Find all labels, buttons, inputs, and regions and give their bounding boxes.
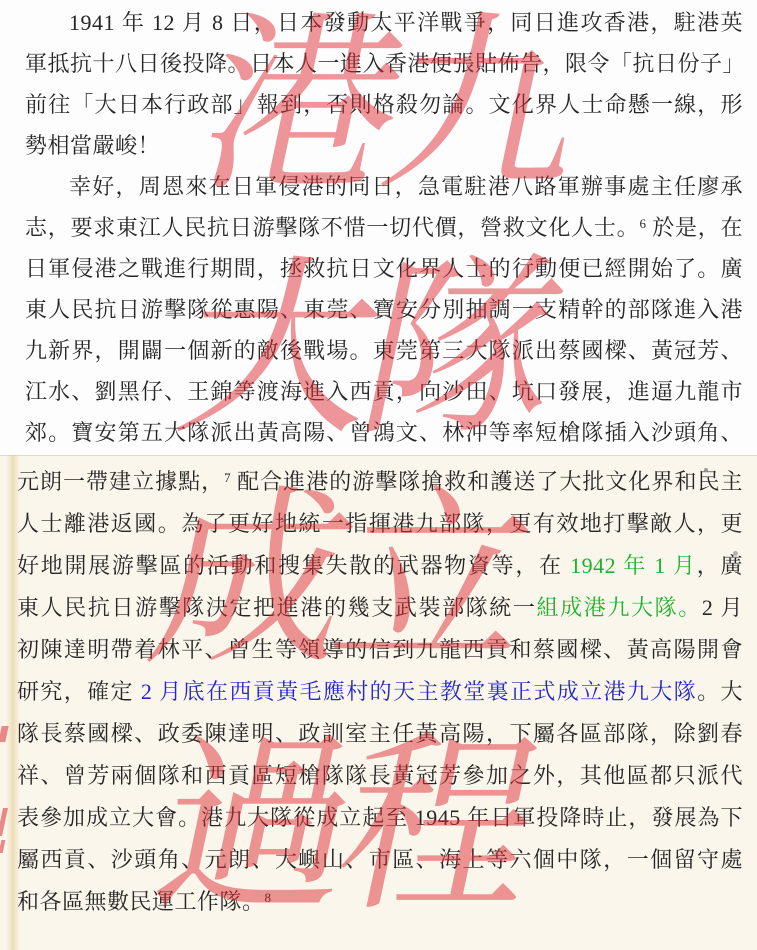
text-line: 日軍侵港之戰進行期間，拯救抗日文化界人士的行動便已經開始了。廣 bbox=[25, 248, 743, 289]
text-segment: 郊。寶安第五大隊派出黃高陽、曾鴻文、林沖等率短槍隊插入沙頭角、 bbox=[25, 420, 743, 445]
text-line: 軍抵抗十八日後投降。日本人一進入香港便張貼佈告，限令「抗日份子」 bbox=[25, 43, 743, 84]
scan-speck bbox=[704, 468, 708, 472]
text-segment: 勢相當嚴峻！ bbox=[25, 133, 160, 158]
text-line: 研究，確定 2 月底在西貢黃毛應村的天主教堂裏正式成立港九大隊。大 bbox=[17, 671, 743, 713]
text-line: 幸好，周恩來在日軍侵港的同日，急電駐港八路軍辦事處主任廖承 bbox=[25, 166, 743, 207]
text-line: 東人民抗日游擊隊決定把進港的幾支武裝部隊統一組成港九大隊。2 月 bbox=[17, 587, 743, 629]
text-segment: 。大 bbox=[697, 679, 743, 704]
text-line: 勢相當嚴峻！ bbox=[25, 125, 743, 166]
text-line: 人士離港返國。為了更好地統一指揮港九部隊，更有效地打擊敵人，更 bbox=[17, 503, 743, 545]
text-segment: 隊長蔡國樑、政委陳達明、政訓室主任黃高陽，下屬各區部隊，除劉春 bbox=[17, 721, 743, 746]
text-segment: 元朗一帶建立據點， bbox=[17, 469, 224, 494]
text-line: 東人民抗日游擊隊從惠陽、東莞、寶安分別抽調一支精幹的部隊進入港 bbox=[25, 289, 743, 330]
text-segment: 志，要求東江人民抗日游擊隊不惜一切代價，營救文化人士。 bbox=[25, 215, 639, 240]
text-line: 江水、劉黑仔、王錦等渡海進入西貢，向沙田、坑口發展，進逼九龍市 bbox=[25, 371, 743, 412]
text-segment: 1941 年 12 月 8 日，日本發動太平洋戰爭，同日進攻香港，駐港英 bbox=[69, 10, 743, 35]
text-segment: 1942 年 1 月 bbox=[570, 553, 697, 578]
text-segment: 初陳達明帶着林平、曾生等領導的信到九龍西貢和蔡國樑、黃高陽開會 bbox=[17, 637, 743, 662]
text-segment: 組成港九大隊。 bbox=[537, 595, 702, 620]
page-text-lower: 元朗一帶建立據點，7 配合進港的游擊隊搶救和護送了大批文化界和民主人士離港返國。… bbox=[0, 455, 757, 950]
text-segment: 江水、劉黑仔、王錦等渡海進入西貢，向沙田、坑口發展，進逼九龍市 bbox=[25, 379, 743, 404]
text-segment: ，廣 bbox=[697, 553, 743, 578]
text-segment: 和各區無數民運工作隊。 bbox=[17, 889, 265, 914]
text-segment: 祥、曾芳兩個隊和西貢區短槍隊隊長黃冠芳參加之外，其他區都只派代 bbox=[17, 763, 743, 788]
text-segment: 2 月底在西貢黃毛應村的天主教堂裏正式成立港九大隊 bbox=[141, 679, 697, 704]
text-segment: 好地開展游擊區的活動和搜集失散的武器物資等，在 bbox=[17, 553, 570, 578]
text-segment: 配合進港的游擊隊搶救和護送了大批文化界和民主 bbox=[231, 469, 743, 494]
text-line: 屬西貢、沙頭角、元朗、大嶼山、市區、海上等六個中隊，一個留守處 bbox=[17, 839, 743, 881]
text-segment: 軍抵抗十八日後投降。日本人一進入香港便張貼佈告，限令「抗日份子」 bbox=[25, 51, 745, 76]
page-text-upper: 1941 年 12 月 8 日，日本發動太平洋戰爭，同日進攻香港，駐港英軍抵抗十… bbox=[0, 0, 757, 455]
text-segment: 前往「大日本行政部」報到，否則格殺勿論。文化界人士命懸一線，形 bbox=[25, 92, 743, 117]
text-line: 祥、曾芳兩個隊和西貢區短槍隊隊長黃冠芳參加之外，其他區都只派代 bbox=[17, 755, 743, 797]
text-line: 表參加成立大會。港九大隊從成立起至 1945 年日軍投降時止，發展為下 bbox=[17, 797, 743, 839]
left-crease bbox=[6, 455, 20, 950]
text-segment: 人士離港返國。為了更好地統一指揮港九部隊，更有效地打擊敵人，更 bbox=[17, 511, 743, 536]
text-segment: 研究，確定 bbox=[17, 679, 141, 704]
text-line: 好地開展游擊區的活動和搜集失散的武器物資等，在 1942 年 1 月，廣 bbox=[17, 545, 743, 587]
text-line: 和各區無數民運工作隊。8 bbox=[17, 881, 743, 923]
text-segment: 日軍侵港之戰進行期間，拯救抗日文化界人士的行動便已經開始了。廣 bbox=[25, 256, 743, 281]
text-segment: 2 月 bbox=[702, 595, 743, 620]
text-line: 1941 年 12 月 8 日，日本發動太平洋戰爭，同日進攻香港，駐港英 bbox=[25, 2, 743, 43]
text-segment: 於是，在 bbox=[646, 215, 743, 240]
footnote-marker: 8 bbox=[265, 890, 272, 905]
text-segment: 東人民抗日游擊隊從惠陽、東莞、寶安分別抽調一支精幹的部隊進入港 bbox=[25, 297, 743, 322]
text-line: 隊長蔡國樑、政委陳達明、政訓室主任黃高陽，下屬各區部隊，除劉春 bbox=[17, 713, 743, 755]
text-segment: 表參加成立大會。港九大隊從成立起至 1945 年日軍投降時止，發展為下 bbox=[17, 805, 743, 830]
text-segment: 幸好，周恩來在日軍侵港的同日，急電駐港八路軍辦事處主任廖承 bbox=[69, 174, 743, 199]
text-line: 前往「大日本行政部」報到，否則格殺勿論。文化界人士命懸一線，形 bbox=[25, 84, 743, 125]
text-line: 初陳達明帶着林平、曾生等領導的信到九龍西貢和蔡國樑、黃高陽開會 bbox=[17, 629, 743, 671]
scanned-page: 1941 年 12 月 8 日，日本發動太平洋戰爭，同日進攻香港，駐港英軍抵抗十… bbox=[0, 0, 757, 950]
text-line: 志，要求東江人民抗日游擊隊不惜一切代價，營救文化人士。6 於是，在 bbox=[25, 207, 743, 248]
scan-speck bbox=[733, 551, 738, 556]
text-line: 九新界，開闢一個新的敵後戰場。東莞第三大隊派出蔡國樑、黃冠芳、 bbox=[25, 330, 743, 371]
text-segment: 屬西貢、沙頭角、元朗、大嶼山、市區、海上等六個中隊，一個留守處 bbox=[17, 847, 743, 872]
text-segment: 東人民抗日游擊隊決定把進港的幾支武裝部隊統一 bbox=[17, 595, 537, 620]
text-segment: 九新界，開闢一個新的敵後戰場。東莞第三大隊派出蔡國樑、黃冠芳、 bbox=[25, 338, 743, 363]
text-line: 元朗一帶建立據點，7 配合進港的游擊隊搶救和護送了大批文化界和民主 bbox=[17, 461, 743, 503]
text-line: 郊。寶安第五大隊派出黃高陽、曾鴻文、林沖等率短槍隊插入沙頭角、 bbox=[25, 412, 743, 453]
